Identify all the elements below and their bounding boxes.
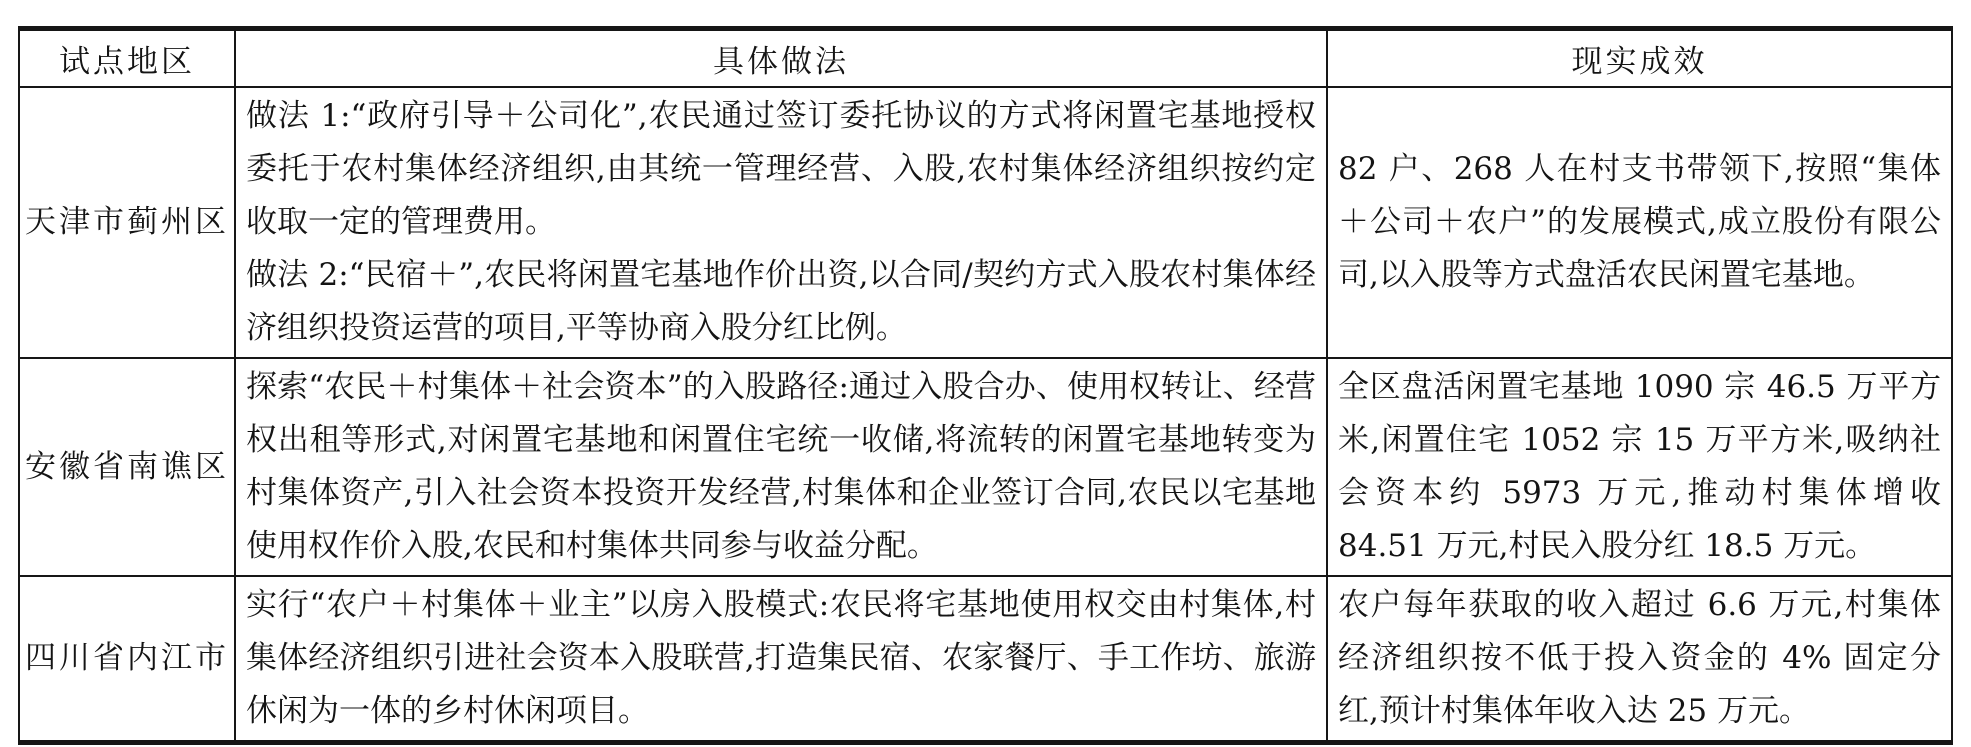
region-cell: 安徽省南谯区 (19, 358, 235, 576)
region-cell: 天津市蓟州区 (19, 87, 235, 358)
effect-cell: 农户每年获取的收入超过 6.6 万元,村集体经济组织按不低于投入资金的 4% 固… (1327, 576, 1952, 743)
practice-cell: 做法 1:“政府引导＋公司化”,农民通过签订委托协议的方式将闲置宅基地授权委托于… (235, 87, 1327, 358)
practice-paragraph: 做法 2:“民宿＋”,农民将闲置宅基地作价出资,以合同/契约方式入股农村集体经济… (246, 249, 1316, 355)
header-row: 试点地区 具体做法 现实成效 (19, 29, 1952, 88)
practice-cell: 探索“农民＋村集体＋社会资本”的入股路径:通过入股合办、使用权转让、经营权出租等… (235, 358, 1327, 576)
header-effect: 现实成效 (1327, 29, 1952, 88)
practice-paragraph: 做法 1:“政府引导＋公司化”,农民通过签订委托协议的方式将闲置宅基地授权委托于… (246, 90, 1316, 249)
region-cell: 四川省内江市 (19, 576, 235, 743)
pilot-areas-table: 试点地区 具体做法 现实成效 天津市蓟州区 做法 1:“政府引导＋公司化”,农民… (18, 26, 1953, 745)
header-region: 试点地区 (19, 29, 235, 88)
table-row-tianjin: 天津市蓟州区 做法 1:“政府引导＋公司化”,农民通过签订委托协议的方式将闲置宅… (19, 87, 1952, 358)
effect-cell: 全区盘活闲置宅基地 1090 宗 46.5 万平方米,闲置住宅 1052 宗 1… (1327, 358, 1952, 576)
table-row-sichuan: 四川省内江市 实行“农户＋村集体＋业主”以房入股模式:农民将宅基地使用权交由村集… (19, 576, 1952, 743)
effect-cell: 82 户、268 人在村支书带领下,按照“集体＋公司＋农户”的发展模式,成立股份… (1327, 87, 1952, 358)
practice-paragraph: 探索“农民＋村集体＋社会资本”的入股路径:通过入股合办、使用权转让、经营权出租等… (246, 361, 1316, 573)
table-row-anhui: 安徽省南谯区 探索“农民＋村集体＋社会资本”的入股路径:通过入股合办、使用权转让… (19, 358, 1952, 576)
practice-paragraph: 实行“农户＋村集体＋业主”以房入股模式:农民将宅基地使用权交由村集体,村集体经济… (246, 579, 1316, 738)
document-page: 试点地区 具体做法 现实成效 天津市蓟州区 做法 1:“政府引导＋公司化”,农民… (0, 0, 1971, 747)
header-practice: 具体做法 (235, 29, 1327, 88)
practice-cell: 实行“农户＋村集体＋业主”以房入股模式:农民将宅基地使用权交由村集体,村集体经济… (235, 576, 1327, 743)
